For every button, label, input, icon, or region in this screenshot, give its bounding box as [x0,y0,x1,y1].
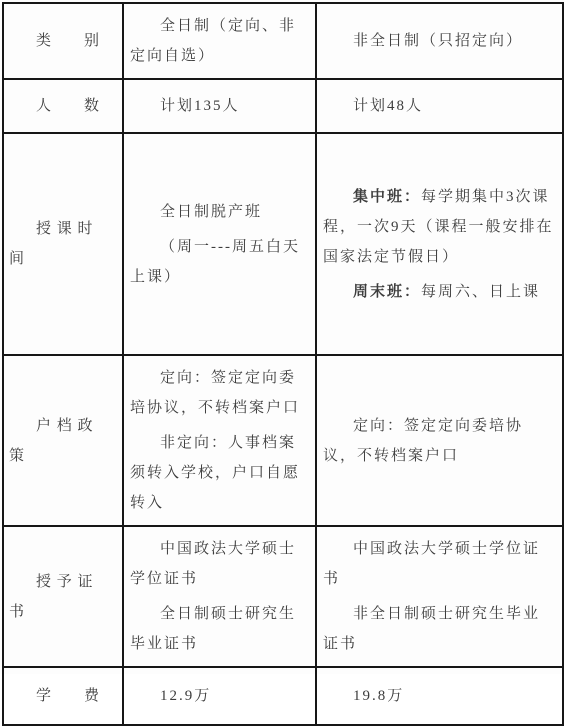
cell-headcount-full-time: 计划135人 [123,79,316,133]
paragraph: 非定向：人事档案须转入学校，户口自愿转入 [130,428,309,518]
paragraph: 19.8万 [323,681,556,711]
paragraph: 计划135人 [130,91,309,121]
table-row-class-schedule: 授 课 时 间 全日制脱产班 （周一---周五白天上课） 集中班：每学期集中3次… [3,133,563,355]
paragraph: 中国政法大学硕士学位证书 [323,534,556,594]
table-row-category: 类 别 全日制（定向、非定向自选） 非全日制（只招定向） [3,3,563,79]
paragraph: 周末班：每周六、日上课 [323,277,556,307]
paragraph: 非全日制（只招定向） [323,26,556,56]
row-label-class-schedule: 授 课 时 间 [3,133,123,355]
paragraph: （周一---周五白天上课） [130,232,309,292]
program-comparison-table: 类 别 全日制（定向、非定向自选） 非全日制（只招定向） 人 数 计划135人 … [2,2,564,726]
cell-tuition-full-time: 12.9万 [123,667,316,725]
cell-category-part-time: 非全日制（只招定向） [316,3,563,79]
cell-policy-full-time: 定向：签定定向委培协议，不转档案户口 非定向：人事档案须转入学校，户口自愿转入 [123,355,316,526]
cell-schedule-full-time: 全日制脱产班 （周一---周五白天上课） [123,133,316,355]
row-label-category: 类 别 [3,3,123,79]
document-page: 类 别 全日制（定向、非定向自选） 非全日制（只招定向） 人 数 计划135人 … [0,0,564,674]
row-label-headcount: 人 数 [3,79,123,133]
cell-certificates-part-time: 中国政法大学硕士学位证书 非全日制硕士研究生毕业证书 [316,526,563,667]
cell-headcount-part-time: 计划48人 [316,79,563,133]
row-label-tuition: 学 费 [3,667,123,725]
paragraph: 中国政法大学硕士学位证书 [130,534,309,594]
cell-policy-part-time: 定向：签定定向委培协议，不转档案户口 [316,355,563,526]
cell-certificates-full-time: 中国政法大学硕士学位证书 全日制硕士研究生毕业证书 [123,526,316,667]
cell-tuition-part-time: 19.8万 [316,667,563,725]
paragraph: 全日制（定向、非定向自选） [130,11,309,71]
table-row-certificates: 授 予 证 书 中国政法大学硕士学位证书 全日制硕士研究生毕业证书 中国政法大学… [3,526,563,667]
row-label-residence-policy: 户 档 政 策 [3,355,123,526]
table-row-tuition: 学 费 12.9万 19.8万 [3,667,563,725]
paragraph: 集中班：每学期集中3次课程，一次9天（课程一般安排在国家法定节假日） [323,182,556,272]
cell-category-full-time: 全日制（定向、非定向自选） [123,3,316,79]
table-row-residence-policy: 户 档 政 策 定向：签定定向委培协议，不转档案户口 非定向：人事档案须转入学校… [3,355,563,526]
paragraph: 全日制脱产班 [130,197,309,227]
cell-schedule-part-time: 集中班：每学期集中3次课程，一次9天（课程一般安排在国家法定节假日） 周末班：每… [316,133,563,355]
row-label-certificates: 授 予 证 书 [3,526,123,667]
paragraph: 计划48人 [323,91,556,121]
paragraph: 全日制硕士研究生毕业证书 [130,599,309,659]
paragraph: 非全日制硕士研究生毕业证书 [323,599,556,659]
paragraph: 定向：签定定向委培协议，不转档案户口 [130,363,309,423]
paragraph: 12.9万 [130,681,309,711]
table-row-headcount: 人 数 计划135人 计划48人 [3,79,563,133]
paragraph: 定向：签定定向委培协议，不转档案户口 [323,411,556,471]
